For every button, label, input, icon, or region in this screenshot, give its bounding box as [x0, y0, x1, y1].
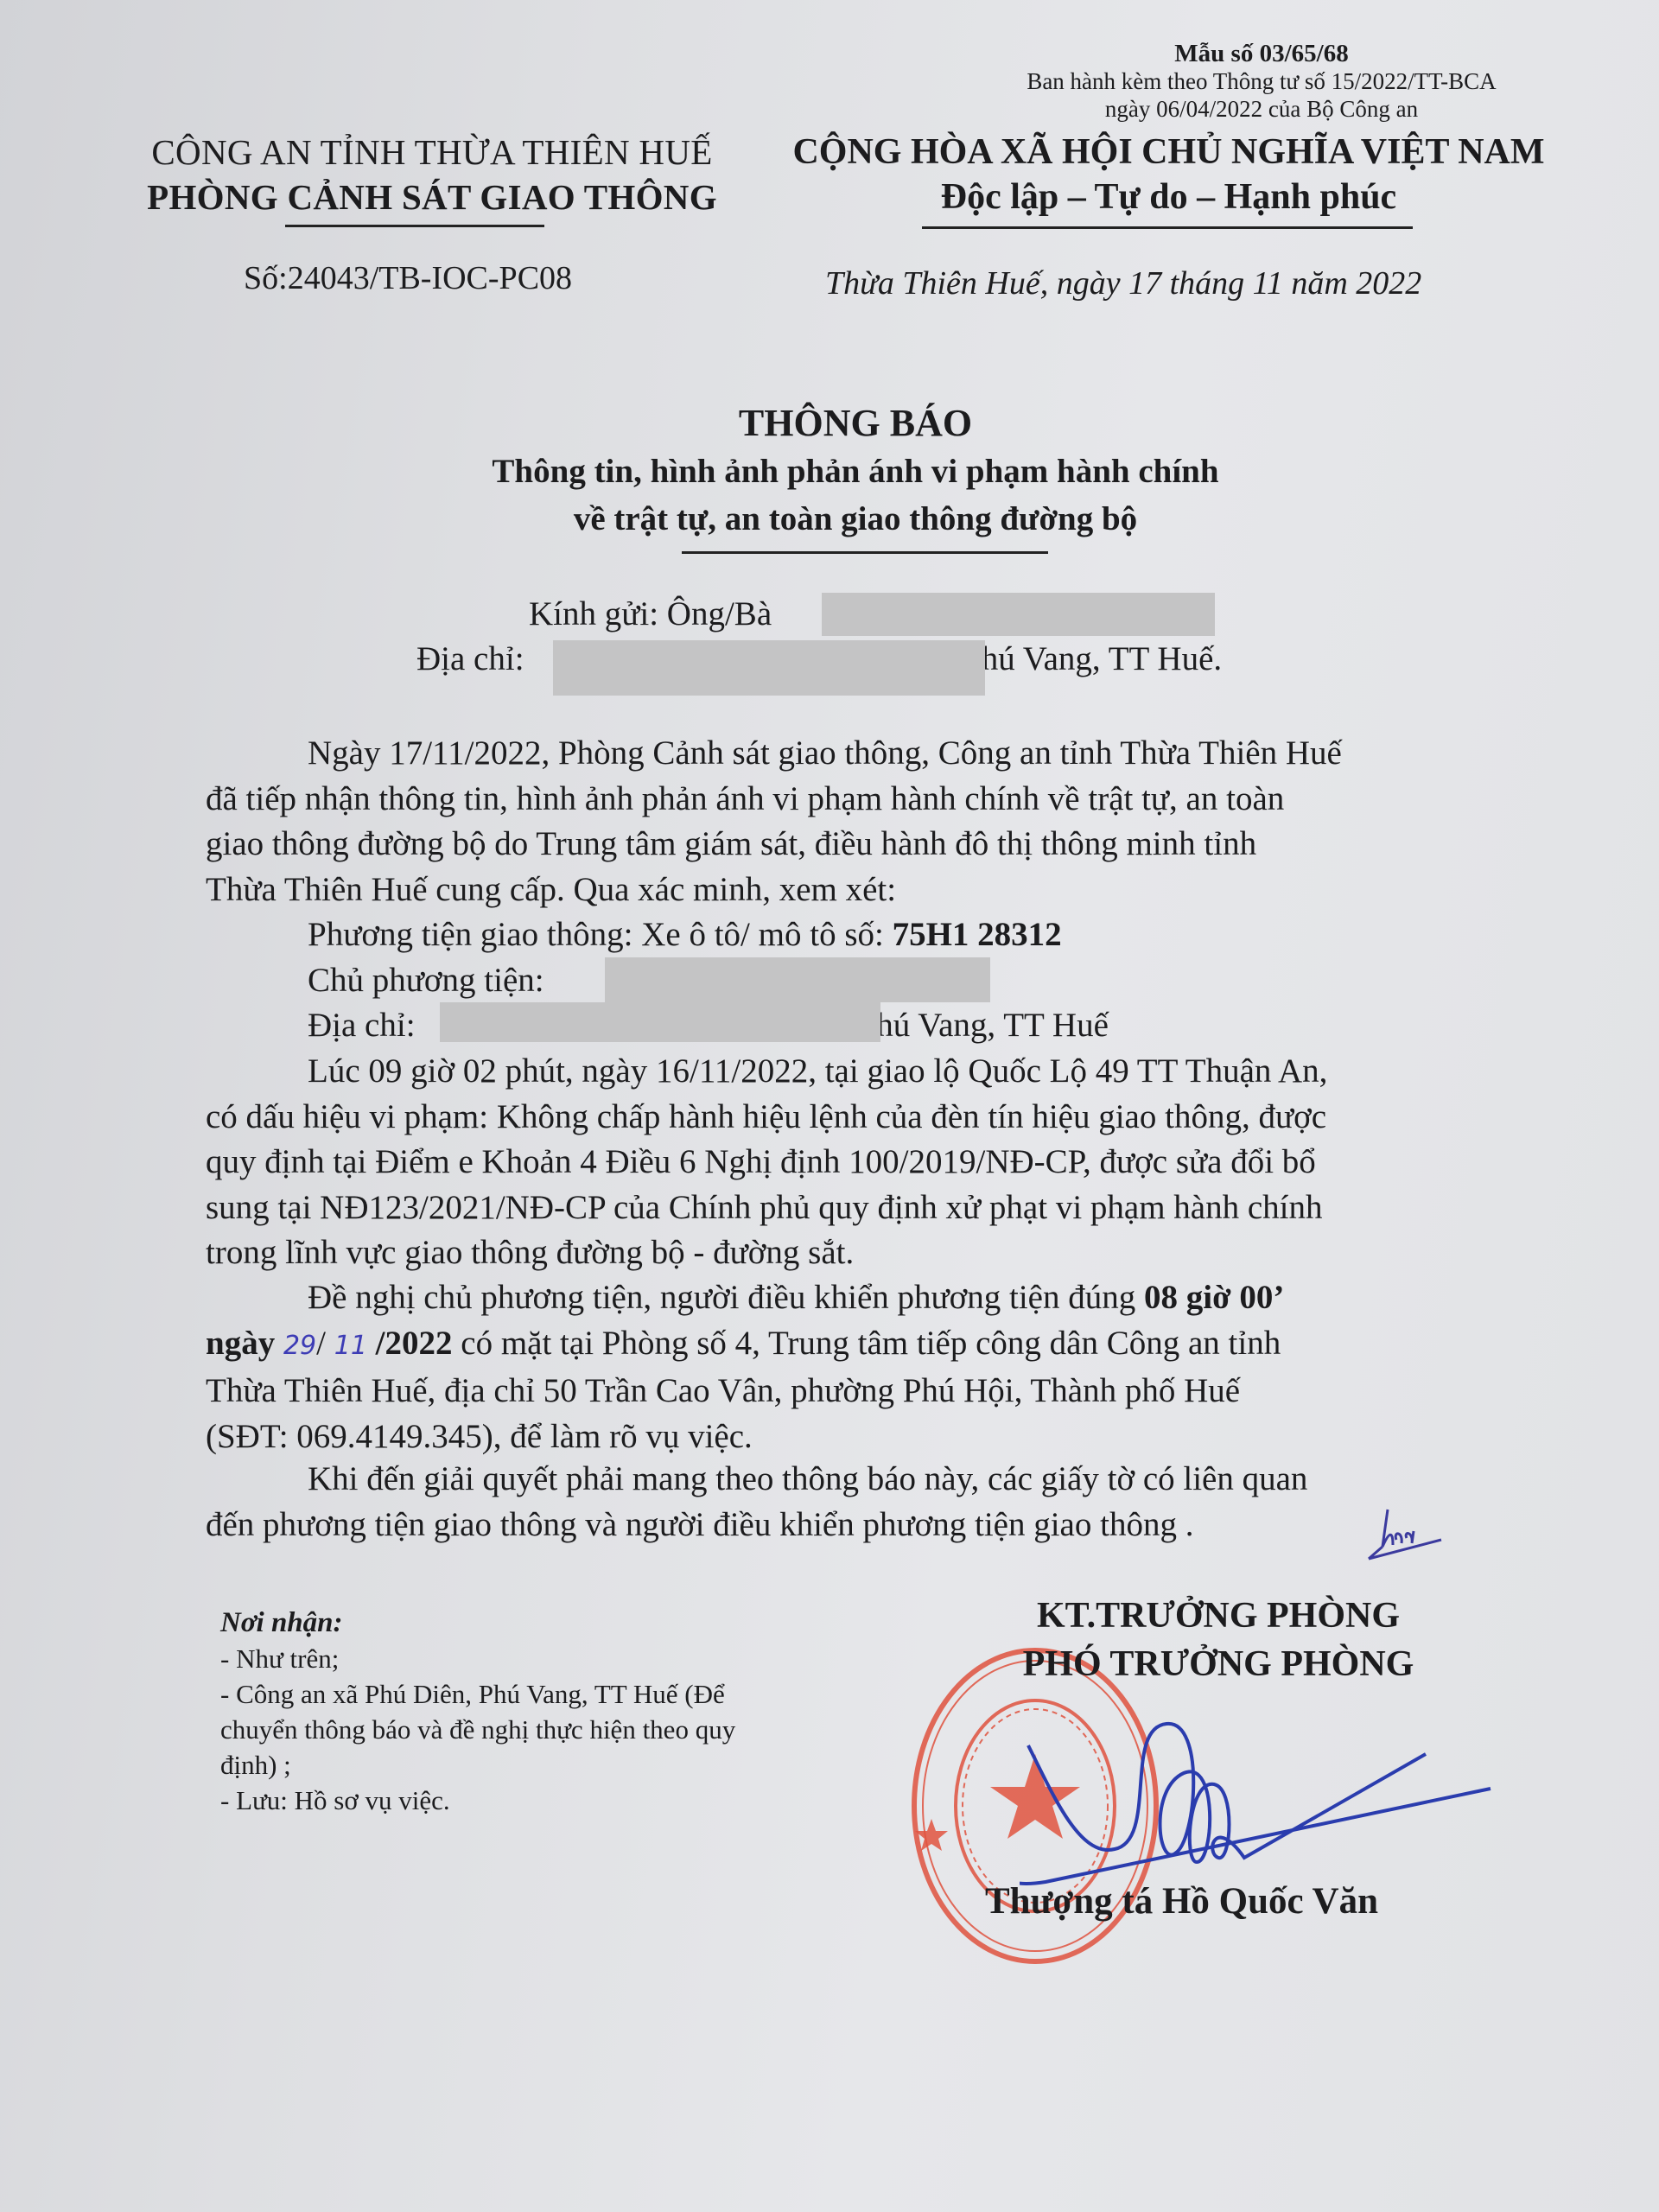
body-line: giao thông đường bộ do Trung tâm giám sá… — [206, 822, 1536, 868]
department-name: PHÒNG CẢNH SÁT GIAO THÔNG — [121, 175, 743, 219]
recipient-item: chuyển thông báo và đề nghị thực hiện th… — [220, 1712, 735, 1747]
summons-date-line: ngày 29/ 11 /2022 có mặt tại Phòng số 4,… — [206, 1321, 1536, 1370]
recipient-item: - Công an xã Phú Diên, Phú Vang, TT Huế … — [220, 1676, 735, 1712]
national-motto: Độc lập – Tự do – Hạnh phúc — [765, 175, 1573, 219]
form-code-line1: Ban hành kèm theo Thông tư số 15/2022/TT… — [959, 67, 1564, 95]
issuing-agency: CÔNG AN TỈNH THỪA THIÊN HUẾ PHÒNG CẢNH S… — [121, 130, 743, 219]
redacted-owner-address — [440, 1002, 880, 1042]
form-code-line2: ngày 06/04/2022 của Bộ Công an — [959, 95, 1564, 123]
paragraph-requirements: Khi đến giải quyết phải mang theo thông … — [206, 1457, 1536, 1548]
summons-ngay: ngày — [206, 1325, 275, 1362]
body-line: Đề nghị chủ phương tiện, người điều khiể… — [206, 1275, 1536, 1321]
national-header: CỘNG HÒA XÃ HỘI CHỦ NGHĨA VIỆT NAM Độc l… — [765, 130, 1573, 219]
vehicle-plate: 75H1 28312 — [893, 916, 1062, 953]
body-line: quy định tại Điểm e Khoản 4 Điều 6 Nghị … — [206, 1140, 1536, 1185]
title-underline — [682, 551, 1048, 554]
body-line: có dấu hiệu vi phạm: Không chấp hành hiệ… — [206, 1095, 1536, 1141]
body-line: (SĐT: 069.4149.345), để làm rõ vụ việc. — [206, 1414, 1536, 1460]
body-line: đến phương tiện giao thông và người điều… — [206, 1503, 1536, 1548]
document-title: THÔNG BÁO Thông tin, hình ảnh phản ánh v… — [380, 399, 1331, 543]
body-line: Khi đến giải quyết phải mang theo thông … — [206, 1457, 1536, 1503]
signature-block: KT.TRƯỞNG PHÒNG PHÓ TRƯỞNG PHÒNG — [950, 1592, 1486, 1688]
signer-role-primary: KT.TRƯỞNG PHÒNG — [950, 1592, 1486, 1640]
address-suffix: , Phú Vang, TT Huế. — [946, 640, 1223, 677]
recipient-item: định) ; — [220, 1747, 735, 1783]
body-line: Thừa Thiên Huế cung cấp. Qua xác minh, x… — [206, 868, 1536, 913]
paragraph-violation: Lúc 09 giờ 02 phút, ngày 16/11/2022, tại… — [206, 1049, 1536, 1276]
body-line: sung tại NĐ123/2021/NĐ-CP của Chính phủ … — [206, 1185, 1536, 1231]
agency-name: CÔNG AN TỈNH THỪA THIÊN HUẾ — [121, 130, 743, 175]
address-label: Địa chỉ: — [416, 640, 524, 677]
owner-address-suffix: Phú Vang, TT Huế — [858, 1007, 1109, 1044]
signer-name: Thượng tá Hồ Quốc Văn — [985, 1880, 1378, 1923]
redacted-recipient-name — [822, 593, 1215, 636]
vehicle-label: Phương tiện giao thông: Xe ô tô/ mô tô s… — [308, 916, 893, 953]
summons-time: 08 giờ 00’ — [1144, 1279, 1284, 1316]
summons-year: /2022 — [376, 1325, 453, 1362]
owner-address-label: Địa chỉ: — [308, 1007, 416, 1044]
redacted-recipient-address — [553, 640, 985, 696]
handwritten-month: 11 — [334, 1331, 367, 1361]
document-number: Số:24043/TB-IOC-PC08 — [244, 259, 572, 297]
greeting-label: Kính gửi: Ông/Bà — [529, 594, 772, 633]
paragraph-summons: Đề nghị chủ phương tiện, người điều khiể… — [206, 1275, 1536, 1459]
summons-location: có mặt tại Phòng số 4, Trung tâm tiếp cô… — [453, 1325, 1281, 1362]
handwritten-day: 29 — [283, 1331, 316, 1361]
summons-text: Đề nghị chủ phương tiện, người điều khiể… — [308, 1279, 1144, 1316]
body-line: trong lĩnh vực giao thông đường bộ - đườ… — [206, 1230, 1536, 1276]
vehicle-line: Phương tiện giao thông: Xe ô tô/ mô tô s… — [206, 912, 1536, 958]
recipients-list: Nơi nhận: - Như trên; - Công an xã Phú D… — [220, 1605, 735, 1818]
document-date: Thừa Thiên Huế, ngày 17 tháng 11 năm 202… — [825, 264, 1421, 302]
initials-mark-icon — [1363, 1505, 1459, 1566]
form-code: Mẫu số 03/65/68 Ban hành kèm theo Thông … — [959, 40, 1564, 123]
title-sub1: Thông tin, hình ảnh phản ánh vi phạm hàn… — [380, 448, 1331, 495]
form-code-title: Mẫu số 03/65/68 — [959, 40, 1564, 67]
recipient-item: - Như trên; — [220, 1641, 735, 1676]
recipients-heading: Nơi nhận: — [220, 1605, 735, 1641]
nation-name: CỘNG HÒA XÃ HỘI CHỦ NGHĨA VIỆT NAM — [765, 130, 1573, 175]
redacted-owner-name — [605, 957, 990, 1002]
owner-label: Chủ phương tiện: — [308, 962, 544, 999]
motto-underline — [922, 226, 1413, 229]
body-line: Thừa Thiên Huế, địa chỉ 50 Trần Cao Vân,… — [206, 1369, 1536, 1414]
title-sub2: về trật tự, an toàn giao thông đường bộ — [380, 495, 1331, 543]
body-line: Ngày 17/11/2022, Phòng Cảnh sát giao thô… — [206, 731, 1536, 777]
body-line: đã tiếp nhận thông tin, hình ảnh phản án… — [206, 777, 1536, 823]
body-line: Lúc 09 giờ 02 phút, ngày 16/11/2022, tại… — [206, 1049, 1536, 1095]
agency-underline — [285, 225, 544, 227]
recipient-item: - Lưu: Hồ sơ vụ việc. — [220, 1783, 735, 1818]
signer-role-secondary: PHÓ TRƯỞNG PHÒNG — [950, 1640, 1486, 1688]
title-main: THÔNG BÁO — [380, 399, 1331, 448]
